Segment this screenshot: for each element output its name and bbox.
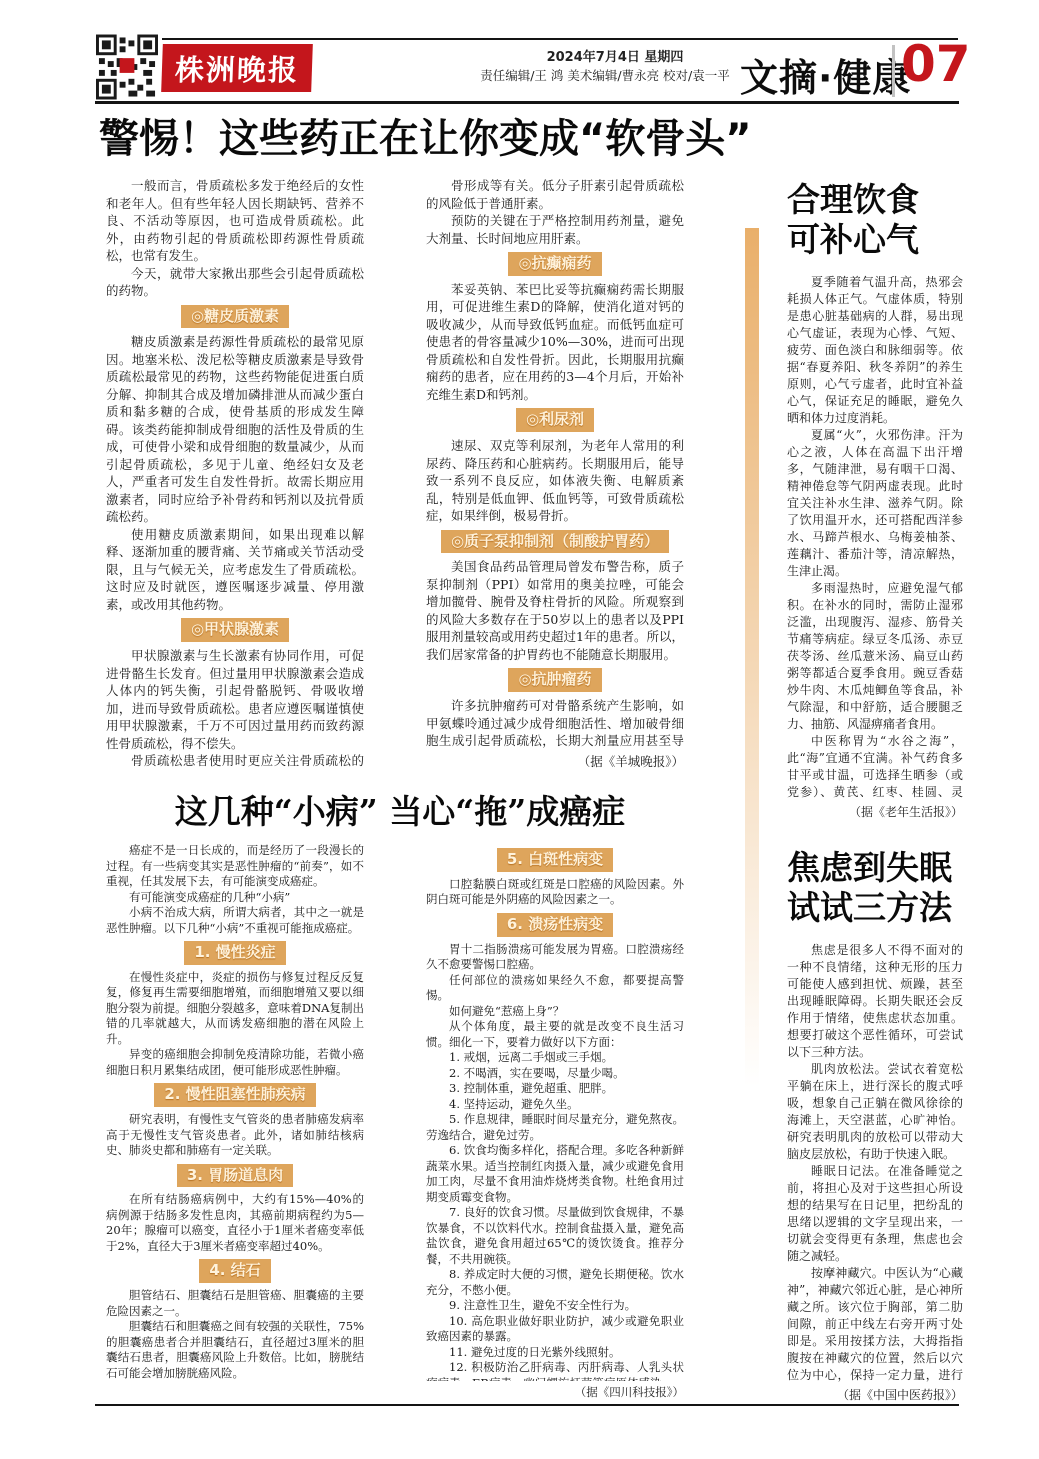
paragraph: 口腔黏膜白斑或红斑是口腔癌的风险因素。外阴白斑可能是外阴癌的风险因素之一。 xyxy=(426,877,684,908)
paragraph: 夏季随着气温升高，热邪会耗损人体正气。气虚体质，特别是患心脏基础病的人群，易出现… xyxy=(787,274,963,427)
date-line: 2024年7月4日 星期四 xyxy=(470,46,760,65)
column-subheading: 4. 结石 xyxy=(106,1259,364,1283)
article2-column-left: 癌症不是一日长成的，而是经历了一段漫长的过程。有一些病变其实是恶性肿瘤的“前奏”… xyxy=(106,843,364,1400)
sidebar-article-diet: 合理饮食 可补心气 夏季随着气温升高，热邪会耗损人体正气。气虚体质，特别是患心脏… xyxy=(787,180,963,820)
subheading-label: ◎抗肿瘤药 xyxy=(508,668,601,692)
paragraph: 有可能演变成癌症的几种“小病” xyxy=(106,890,364,906)
paragraph: 8. 养成定时大便的习惯，避免长期便秘。饮水充分，不憋小便。 xyxy=(426,1267,684,1298)
sidebar1-title-line2: 可补心气 xyxy=(787,220,963,260)
paragraph: 今天，就带大家揪出那些会引起骨质疏松的药物。 xyxy=(106,265,364,300)
paragraph: 2. 不喝酒，实在要喝，尽量少喝。 xyxy=(426,1066,684,1082)
column-subheading: ◎利尿剂 xyxy=(426,408,684,432)
page-bottom-rule xyxy=(95,1404,959,1406)
paragraph: 异变的癌细胞会抑制免疫清除功能，若微小癌细胞日积月累集结成团，便可能形成恶性肿瘤… xyxy=(106,1047,364,1078)
qr-code-icon xyxy=(96,34,158,100)
article1-column-left-body: 一般而言，骨质疏松多发于绝经后的女性和老年人。但有些年轻人因长期缺钙、营养不良、… xyxy=(106,177,364,770)
paragraph: 甲状腺激素与生长激素有协同作用，可促进骨骼生长发育。但过量用甲状腺激素会造成人体… xyxy=(106,647,364,752)
subheading-label: ◎甲状腺激素 xyxy=(181,618,289,642)
sidebar-divider-strip xyxy=(745,228,759,1238)
article1-source-credit: （据《羊城晚报》） xyxy=(426,749,684,770)
column-subheading: ◎抗癫痫药 xyxy=(426,252,684,276)
sidebar-article-insomnia: 焦虑到失眠 试试三方法 焦虑是很多人不得不面对的一种不良情绪，这种无形的压力可能… xyxy=(787,848,963,1403)
page-number-divider xyxy=(892,45,895,97)
paragraph: 7. 良好的饮食习惯。尽量做到饮食规律，不暴饮暴食，不以饮料代水。控制食盐摄入量… xyxy=(426,1205,684,1267)
paragraph: 1. 戒烟，远离二手烟或三手烟。 xyxy=(426,1050,684,1066)
subheading-label: 3. 胃肠道息肉 xyxy=(177,1164,293,1188)
paragraph: 研究表明，有慢性支气管炎的患者肺癌发病率高于无慢性支气管炎患者。此外，诸如肺结核… xyxy=(106,1112,364,1159)
sidebar2-title-line1: 焦虑到失眠 xyxy=(787,848,963,888)
paragraph: 如何避免“惹癌上身”？ xyxy=(426,1004,684,1020)
column-subheading: 2. 慢性阻塞性肺疾病 xyxy=(106,1083,364,1107)
paragraph: 5. 作息规律，睡眠时间尽量充分，避免熬夜。劳逸结合，避免过劳。 xyxy=(426,1112,684,1143)
sidebar2-source-credit: （据《中国中医药报》） xyxy=(787,1383,963,1403)
article1-column-right: 骨形成等有关。低分子肝素引起骨质疏松的风险低于普通肝素。预防的关键在于严格控制用… xyxy=(426,177,684,770)
subheading-label: 2. 慢性阻塞性肺疾病 xyxy=(154,1083,315,1107)
paragraph: 一般而言，骨质疏松多发于绝经后的女性和老年人。但有些年轻人因长期缺钙、营养不良、… xyxy=(106,177,364,265)
header-top-rule xyxy=(162,38,958,40)
paragraph: 9. 注意性卫生，避免不安全性行为。 xyxy=(426,1298,684,1314)
subheading-label: 1. 慢性炎症 xyxy=(184,941,285,965)
paragraph: 11. 避免过度的日光紫外线照射。 xyxy=(426,1345,684,1361)
sidebar1-title: 合理饮食 可补心气 xyxy=(787,180,963,260)
paragraph: 速尿、双克等利尿剂，为老年人常用的利尿药、降压药和心脏病药。长期服用后，能导致一… xyxy=(426,437,684,525)
column-subheading: 5. 白斑性病变 xyxy=(426,848,684,872)
paragraph: 10. 高危职业做好职业防护，减少或避免职业致癌因素的暴露。 xyxy=(426,1314,684,1345)
column-subheading: 6. 溃疡性病变 xyxy=(426,913,684,937)
paragraph: 骨质疏松患者使用时更应关注骨质疏松的潜在危险，建议咨询医生后联合补充钙和维生素D… xyxy=(106,752,364,770)
sidebar2-title: 焦虑到失眠 试试三方法 xyxy=(787,848,963,928)
paragraph: 多雨湿热时，应避免湿气郁积。在补水的同时，需防止湿邪泛滥，出现腹泻、湿疹、筋骨关… xyxy=(787,580,963,733)
header-bottom-rule xyxy=(95,101,959,104)
paragraph: 6. 饮食均衡多样化，搭配合理。多吃各种新鲜蔬菜水果。适当控制红肉摄入量，减少或… xyxy=(426,1143,684,1205)
sidebar2-title-line2: 试试三方法 xyxy=(787,888,963,928)
column-subheading: ◎糖皮质激素 xyxy=(106,305,364,329)
sidebar2-body: 焦虑是很多人不得不面对的一种不良情绪，这种无形的压力可能使人感到担忧、烦躁，甚至… xyxy=(787,942,963,1383)
paragraph: 许多抗肿瘤药可对骨骼系统产生影响，如甲氨蝶呤通过减少成骨细胞活性、增加破骨细胞生… xyxy=(426,697,684,749)
paragraph: 4. 坚持运动，避免久坐。 xyxy=(426,1097,684,1113)
paragraph: 胆囊结石和胆囊癌之间有较强的关联性，75%的胆囊癌患者合并胆囊结石，直径超过3厘… xyxy=(106,1319,364,1381)
paragraph: 使用糖皮质激素期间，如果出现难以解释、逐渐加重的腰背痛、关节痛或关节活动受限，且… xyxy=(106,526,364,614)
column-subheading: 1. 慢性炎症 xyxy=(106,941,364,965)
article2-column-right-body: 5. 白斑性病变口腔黏膜白斑或红斑是口腔癌的风险因素。外阴白斑可能是外阴癌的风险… xyxy=(426,843,684,1381)
paragraph: 苯妥英钠、苯巴比妥等抗癫痫药需长期服用，可促进维生素D的降解，使消化道对钙的吸收… xyxy=(426,281,684,404)
article2-column-left-body: 癌症不是一日长成的，而是经历了一段漫长的过程。有一些病变其实是恶性肿瘤的“前奏”… xyxy=(106,843,364,1400)
article1-column-left: 一般而言，骨质疏松多发于绝经后的女性和老年人。但有些年轻人因长期缺钙、营养不良、… xyxy=(106,177,364,770)
page-number: 07 xyxy=(901,35,971,93)
column-subheading: ◎甲状腺激素 xyxy=(106,618,364,642)
paragraph: 按摩神藏穴。中医认为“心藏神”，神藏穴邻近心脏，是心神所藏之所。该穴位于胸部，第… xyxy=(787,1265,963,1383)
paragraph: 胃十二指肠溃疡可能发展为胃癌。口腔溃疡经久不愈要警惕口腔癌。 xyxy=(426,942,684,973)
paragraph: 3. 控制体重，避免超重、肥胖。 xyxy=(426,1081,684,1097)
subheading-label: 5. 白斑性病变 xyxy=(497,848,613,872)
article1-headline: 警惕！这些药正在让你变成“软骨头” xyxy=(99,113,839,165)
paragraph: 癌症不是一日长成的，而是经历了一段漫长的过程。有一些病变其实是恶性肿瘤的“前奏”… xyxy=(106,843,364,890)
article2-source-credit: （据《四川科技报》） xyxy=(426,1381,684,1400)
subheading-label: 4. 结石 xyxy=(199,1259,270,1283)
paragraph: 预防的关键在于严格控制用药剂量，避免大剂量、长时间地应用肝素。 xyxy=(426,212,684,247)
section-title: 文摘·健康 xyxy=(740,47,911,102)
paragraph: 在所有结肠癌病例中，大约有15%—40%的病例源于结肠多发性息肉，其癌前期病程约… xyxy=(106,1192,364,1254)
subheading-label: ◎利尿剂 xyxy=(516,408,594,432)
paragraph: 美国食品药品管理局曾发布警告称，质子泵抑制剂（PPI）如常用的奥美拉唑，可能会增… xyxy=(426,558,684,663)
editors-line: 责任编辑/王 鸿 美术编辑/曹永亮 校对/袁一平 xyxy=(440,66,770,84)
paragraph: 骨形成等有关。低分子肝素引起骨质疏松的风险低于普通肝素。 xyxy=(426,177,684,212)
paragraph: 胆管结石、胆囊结石是胆管癌、胆囊癌的主要危险因素之一。 xyxy=(106,1288,364,1319)
column-subheading: ◎质子泵抑制剂（制酸护胃药） xyxy=(426,530,684,554)
paragraph: 夏属“火”，火邪伤津。汗为心之液，人体在高温下出汗增多，气随津泄，易有咽干口渴、… xyxy=(787,427,963,580)
subheading-label: ◎糖皮质激素 xyxy=(181,305,289,329)
masthead-logo: 株洲晚报 xyxy=(161,44,313,92)
paragraph: 焦虑是很多人不得不面对的一种不良情绪，这种无形的压力可能使人感到担忧、烦躁，甚至… xyxy=(787,942,963,1061)
paragraph: 睡眠日记法。在准备睡觉之前，将担心及对于这些担心所设想的结果写在日记里，把纷乱的… xyxy=(787,1163,963,1265)
paragraph: 从个体角度，最主要的就是改变不良生活习惯。细化一下，要着力做好以下方面： xyxy=(426,1019,684,1050)
paragraph: 糖皮质激素是药源性骨质疏松的最常见原因。地塞米松、泼尼松等糖皮质激素是导致骨质疏… xyxy=(106,333,364,526)
newspaper-page: 株洲晚报 2024年7月4日 星期四 责任编辑/王 鸿 美术编辑/曹永亮 校对/… xyxy=(0,0,1039,1459)
subheading-label: 6. 溃疡性病变 xyxy=(497,913,613,937)
sidebar1-source-credit: （据《老年生活报》） xyxy=(787,800,963,820)
sidebar1-title-line1: 合理饮食 xyxy=(787,180,963,220)
subheading-label: ◎质子泵抑制剂（制酸护胃药） xyxy=(441,530,669,554)
column-subheading: ◎抗肿瘤药 xyxy=(426,668,684,692)
paragraph: 在慢性炎症中，炎症的损伤与修复过程反反复复，修复再生需要细胞增殖，而细胞增殖又要… xyxy=(106,970,364,1048)
column-subheading: 3. 胃肠道息肉 xyxy=(106,1164,364,1188)
sidebar1-body: 夏季随着气温升高，热邪会耗损人体正气。气虚体质，特别是患心脏基础病的人群，易出现… xyxy=(787,274,963,800)
paragraph: 小病不治成大病，所谓大病者，其中之一就是恶性肿瘤。以下几种“小病”不重视可能拖成… xyxy=(106,905,364,936)
article1-column-right-body: 骨形成等有关。低分子肝素引起骨质疏松的风险低于普通肝素。预防的关键在于严格控制用… xyxy=(426,177,684,749)
paragraph: 12. 积极防治乙肝病毒、丙肝病毒、人乳头状瘤病毒、EB病毒、幽门螺旋杆菌等病原… xyxy=(426,1360,684,1381)
subheading-label: ◎抗癫痫药 xyxy=(508,252,601,276)
article2-headline: 这几种“小病” 当心“拖”成癌症 xyxy=(100,789,700,835)
paragraph: 肌肉放松法。尝试衣着宽松平躺在床上，进行深长的腹式呼吸，想象自己正躺在微风徐徐的… xyxy=(787,1061,963,1163)
paragraph: 中医称胃为“水谷之海”，此“海”宜通不宜满。补气药食多甘平或甘温，可选择生晒参（… xyxy=(787,733,963,800)
article2-column-right: 5. 白斑性病变口腔黏膜白斑或红斑是口腔癌的风险因素。外阴白斑可能是外阴癌的风险… xyxy=(426,843,684,1400)
paragraph: 任何部位的溃疡如果经久不愈，都要提高警惕。 xyxy=(426,973,684,1004)
